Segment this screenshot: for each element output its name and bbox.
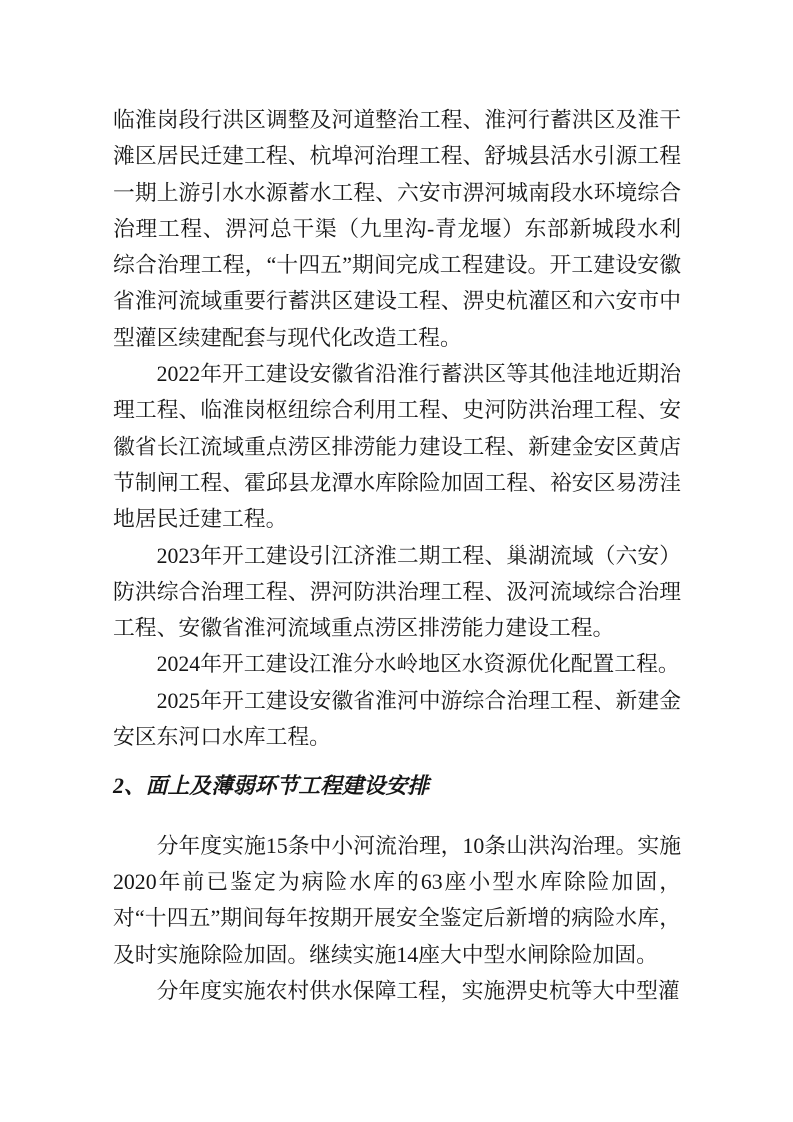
document-text-block: 临淮岗段行洪区调整及河道整治工程、淮河行蓄洪区及淮干滩区居民迁建工程、杭埠河治理… xyxy=(113,102,681,1009)
paragraph: 2022年开工建设安徽省沿淮行蓄洪区等其他洼地近期治理工程、临淮岗枢纽综合利用工… xyxy=(113,356,681,537)
paragraph: 临淮岗段行洪区调整及河道整治工程、淮河行蓄洪区及淮干滩区居民迁建工程、杭埠河治理… xyxy=(113,102,681,356)
paragraph: 2024年开工建设江淮分水岭地区水资源优化配置工程。 xyxy=(113,646,681,682)
paragraph: 分年度实施农村供水保障工程，实施淠史杭等大中型灌 xyxy=(113,973,681,1009)
paragraph: 2025年开工建设安徽省淮河中游综合治理工程、新建金安区东河口水库工程。 xyxy=(113,683,681,756)
section-heading: 2、面上及薄弱环节工程建设安排 xyxy=(113,768,681,804)
paragraph: 分年度实施15条中小河流治理，10条山洪沟治理。实施2020年前已鉴定为病险水库… xyxy=(113,828,681,973)
paragraph: 2023年开工建设引江济淮二期工程、巢湖流域（六安）防洪综合治理工程、淠河防洪治… xyxy=(113,538,681,647)
document-page: 临淮岗段行洪区调整及河道整治工程、淮河行蓄洪区及淮干滩区居民迁建工程、杭埠河治理… xyxy=(0,0,793,1122)
